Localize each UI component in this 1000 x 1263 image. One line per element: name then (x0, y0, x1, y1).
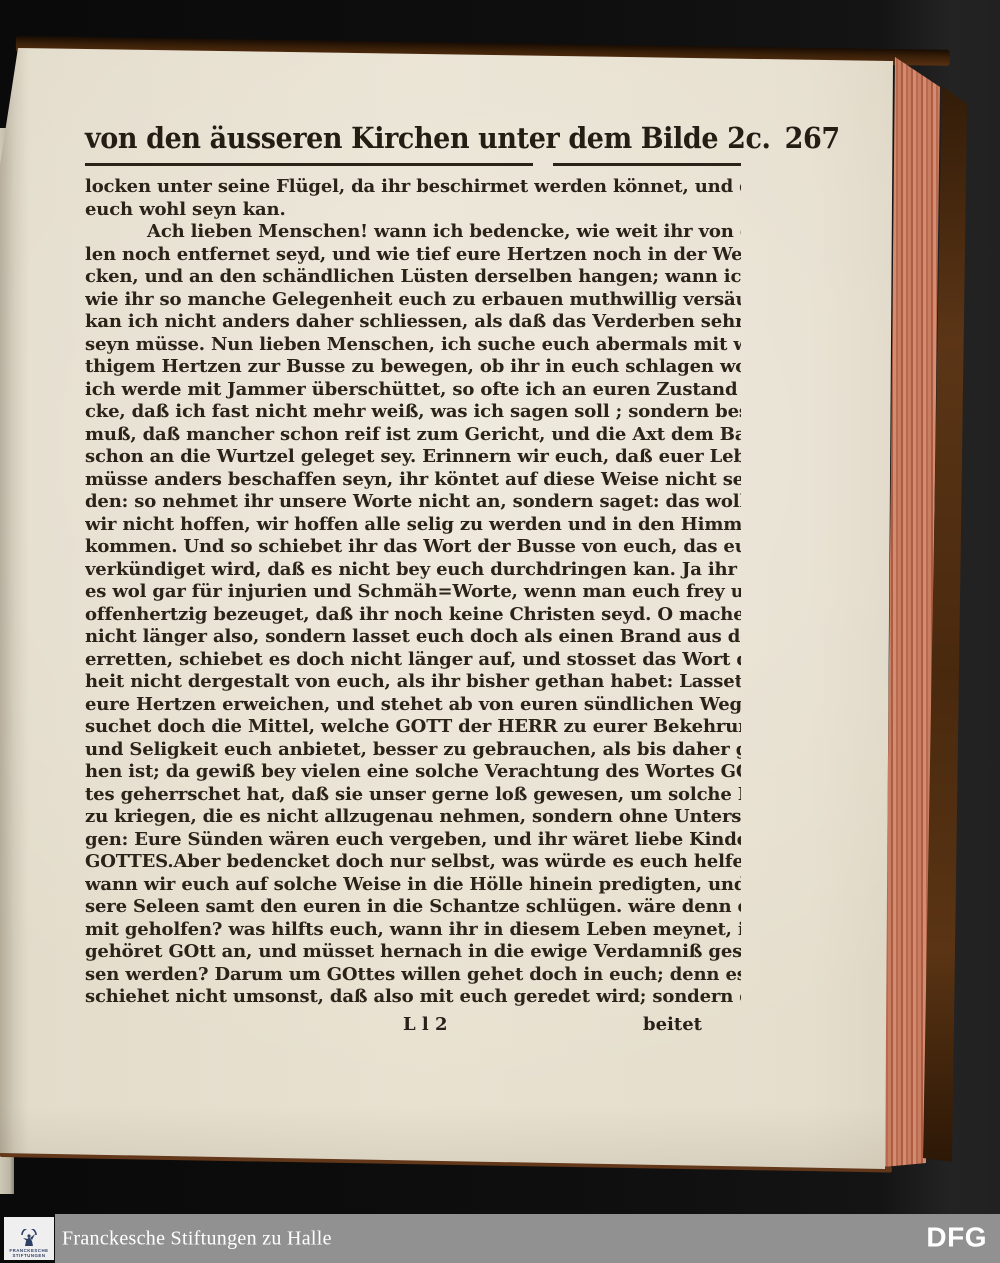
text-line: gehöret GOtt an, und müsset hernach in d… (85, 941, 741, 964)
text-line: tes geherrschet hat, daß sie unser gerne… (85, 784, 741, 807)
text-line: sen werden? Darum um GOttes willen gehet… (85, 964, 741, 987)
text-line: locken unter seine Flügel, da ihr beschi… (85, 176, 741, 199)
text-line: len noch entfernet seyd, und wie tief eu… (85, 244, 741, 267)
text-line: suchet doch die Mittel, welche GOTT der … (85, 716, 741, 739)
text-line: GOTTES.Aber bedencket doch nur selbst, w… (85, 851, 741, 874)
page-number: 267 (785, 122, 840, 155)
text-line: heit nicht dergestalt von euch, als ihr … (85, 671, 741, 694)
text-line: erretten, schiebet es doch nicht länger … (85, 649, 741, 672)
text-line: den: so nehmet ihr unsere Worte nicht an… (85, 491, 741, 514)
text-line: schon an die Wurtzel geleget sey. Erinne… (85, 446, 741, 469)
text-line: verkündiget wird, daß es nicht bey euch … (85, 559, 741, 582)
signature-row: L l 2 beitet (85, 1014, 741, 1038)
text-line: offenhertzig bezeuget, daß ihr noch kein… (85, 604, 741, 627)
franckesche-stiftungen-logo: FRANCKESCHE STIFTUNGEN (4, 1217, 54, 1260)
text-line: euch wohl seyn kan. (85, 199, 741, 222)
text-line: sere Seleen samt den euren in die Schant… (85, 896, 741, 919)
running-header-title: von den äusseren Kirchen unter dem Bilde… (85, 122, 771, 155)
text-line: eure Hertzen erweichen, und stehet ab vo… (85, 694, 741, 717)
running-header: von den äusseren Kirchen unter dem Bilde… (85, 122, 741, 155)
logo-text-line2: STIFTUNGEN (12, 1253, 45, 1258)
footer-bar: Franckesche Stiftungen zu Halle DFG (55, 1214, 1000, 1263)
text-line: cken, und an den schändlichen Lüsten der… (85, 266, 741, 289)
text-line: thigem Hertzen zur Busse zu bewegen, ob … (85, 356, 741, 379)
text-line: kan ich nicht anders daher schliessen, a… (85, 311, 741, 334)
scan-viewer-page: von den äusseren Kirchen unter dem Bilde… (0, 0, 1000, 1263)
text-line: cke, daß ich fast nicht mehr weiß, was i… (85, 401, 741, 424)
text-line: muß, daß mancher schon reif ist zum Geri… (85, 424, 741, 447)
text-line: wann wir euch auf solche Weise in die Hö… (85, 874, 741, 897)
text-block: von den äusseren Kirchen unter dem Bilde… (85, 122, 741, 1038)
text-line: Ach lieben Menschen! wann ich bedencke, … (85, 221, 741, 244)
text-line: nicht länger also, sondern lasset euch d… (85, 626, 741, 649)
text-line: es wol gar für injurien und Schmäh=Worte… (85, 581, 741, 604)
text-line: müsse anders beschaffen seyn, ihr köntet… (85, 469, 741, 492)
text-line: kommen. Und so schiebet ihr das Wort der… (85, 536, 741, 559)
text-line: zu kriegen, die es nicht allzugenau nehm… (85, 806, 741, 829)
dfg-logo: DFG (926, 1221, 987, 1253)
signature-mark: L l 2 (403, 1014, 448, 1035)
catchword: beitet (643, 1014, 702, 1035)
text-line: wie ihr so manche Gelegenheit euch zu er… (85, 289, 741, 312)
text-line: mit geholfen? was hilfts euch, wann ihr … (85, 919, 741, 942)
text-block-lines: locken unter seine Flügel, da ihr beschi… (85, 176, 741, 1009)
text-line: wir nicht hoffen, wir hoffen alle selig … (85, 514, 741, 537)
header-rule-left (85, 163, 533, 166)
text-line: gen: Eure Sünden wären euch vergeben, un… (85, 829, 741, 852)
scanned-page: von den äusseren Kirchen unter dem Bilde… (0, 0, 900, 1176)
header-rules (85, 157, 741, 173)
header-rule-right (553, 163, 741, 166)
text-line: hen ist; da gewiß bey vielen eine solche… (85, 761, 741, 784)
text-line: schiehet nicht umsonst, daß also mit euc… (85, 986, 741, 1009)
footer-institution-label: Franckesche Stiftungen zu Halle (62, 1227, 332, 1250)
text-line: und Seligkeit euch anbietet, besser zu g… (85, 739, 741, 762)
eagle-sun-icon (18, 1229, 40, 1247)
text-line: ich werde mit Jammer überschüttet, so of… (85, 379, 741, 402)
text-line: seyn müsse. Nun lieben Menschen, ich suc… (85, 334, 741, 357)
